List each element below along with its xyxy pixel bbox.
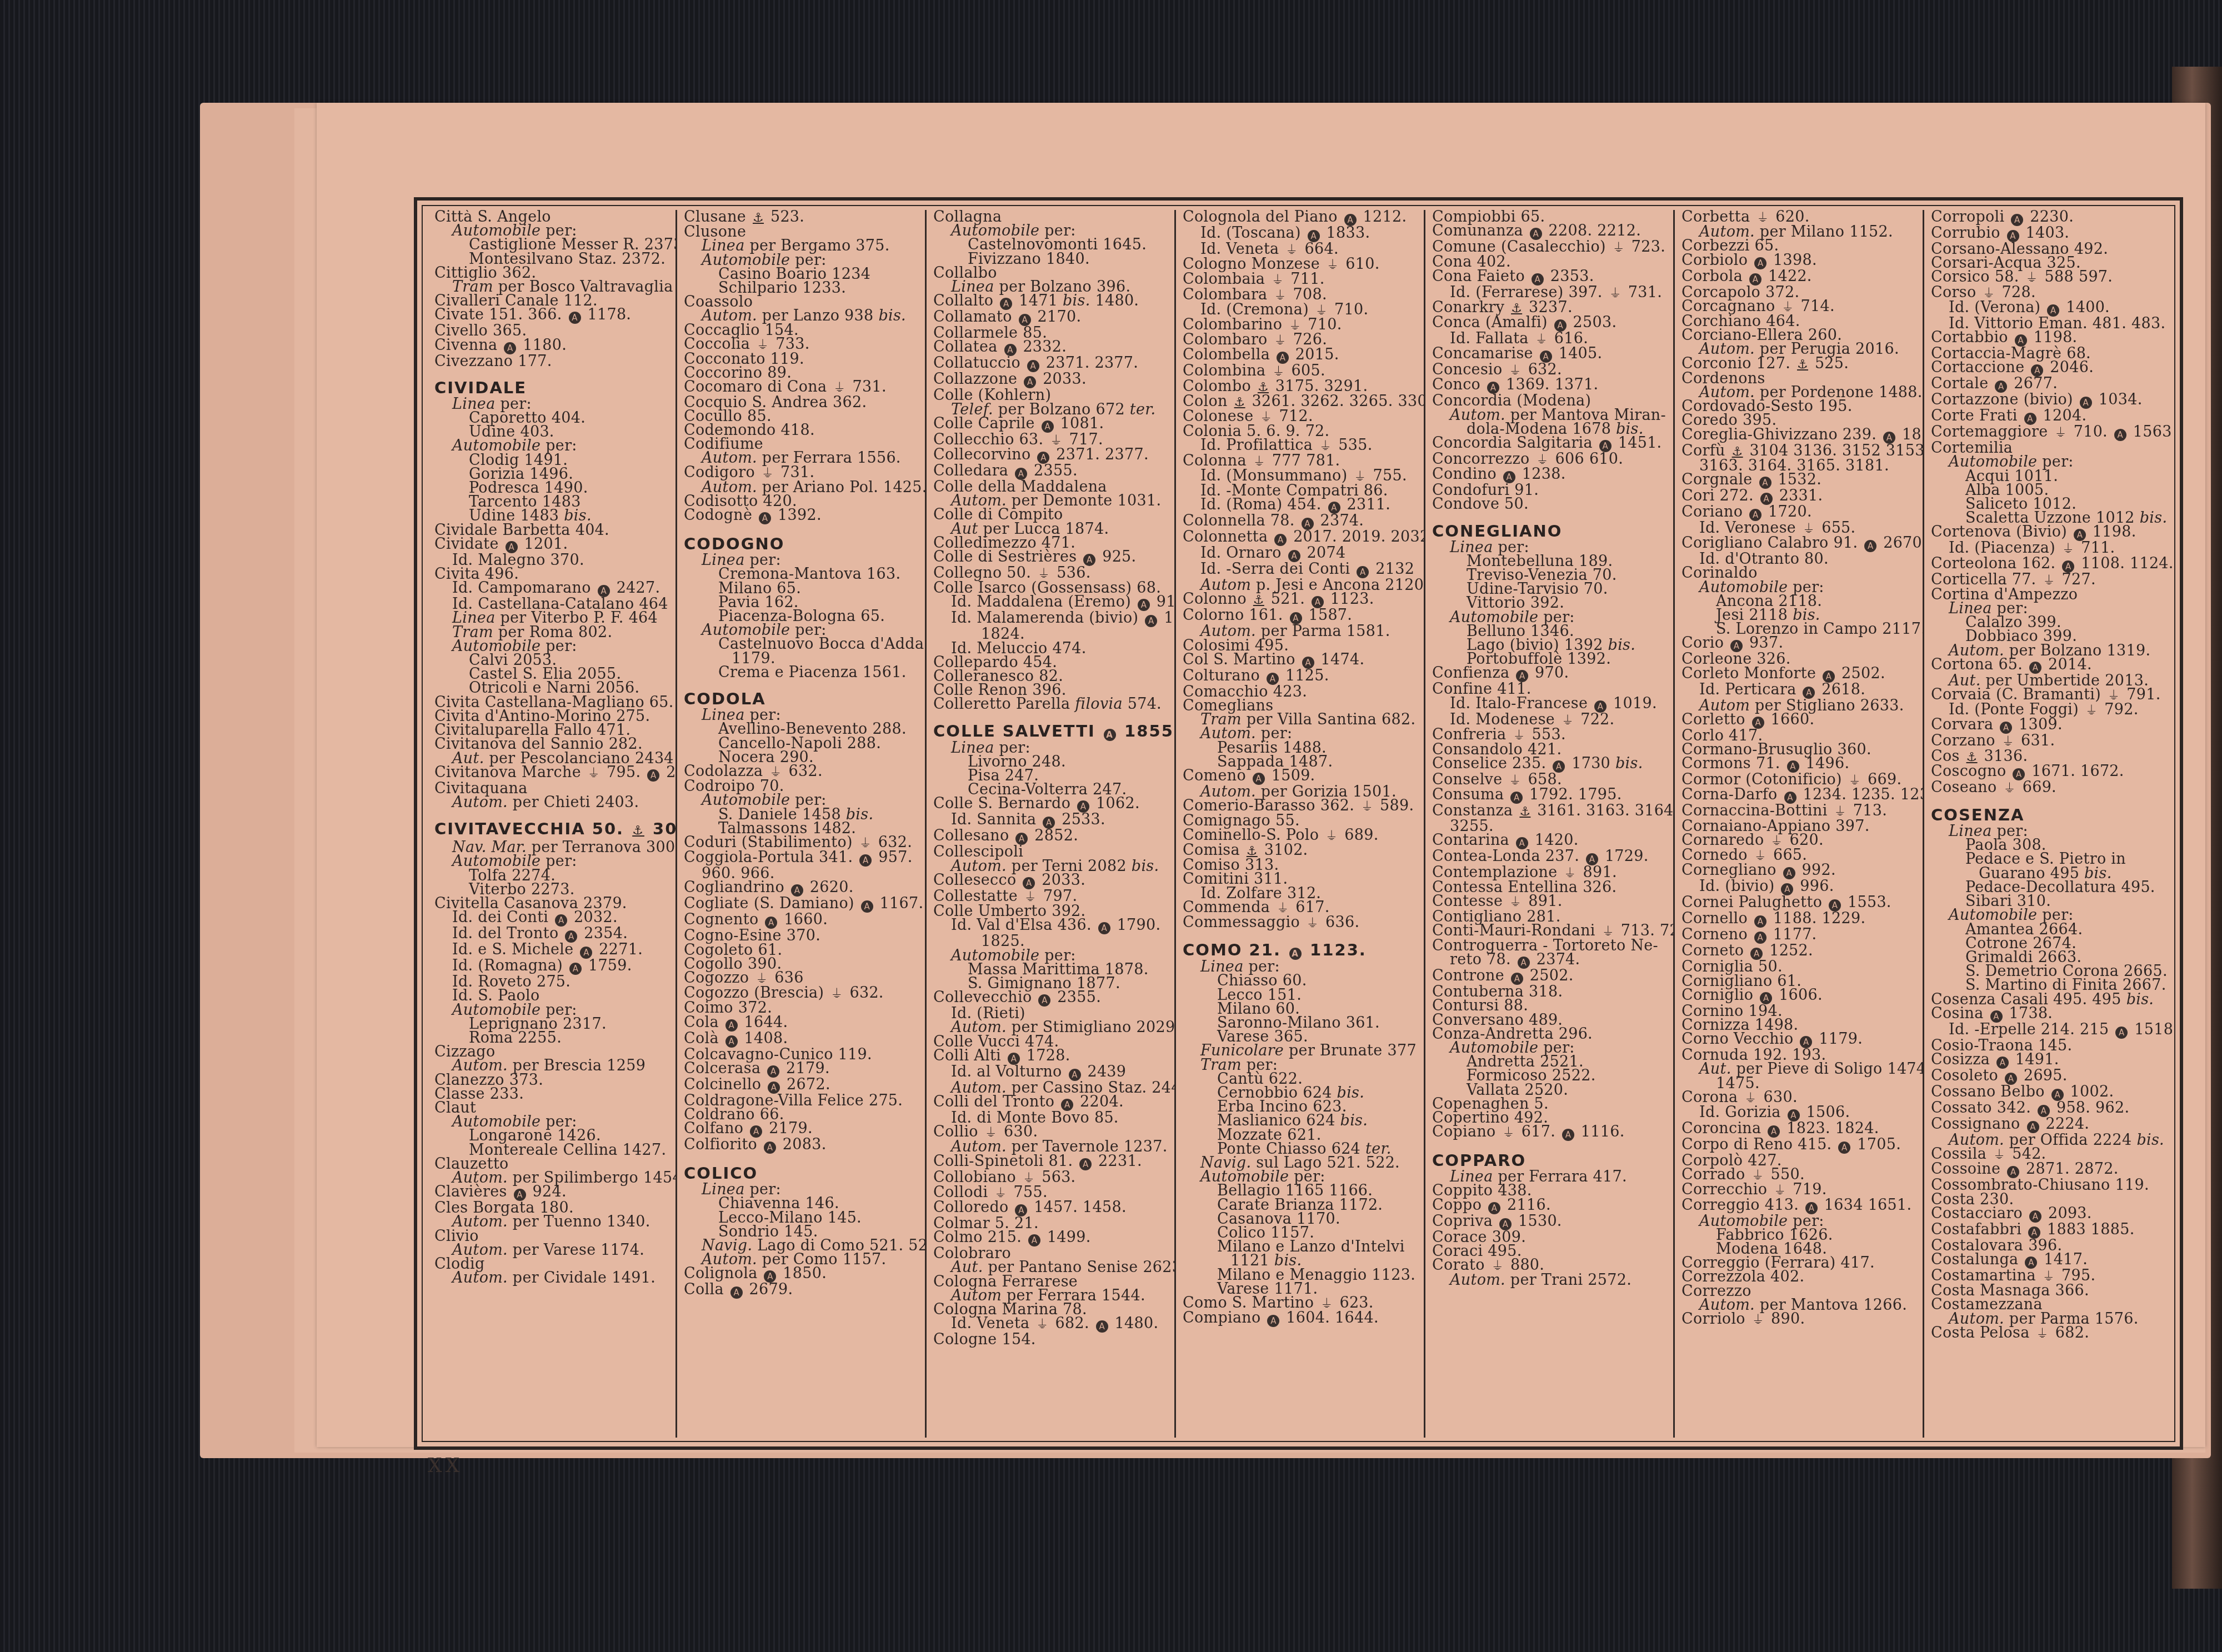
entry-text: Corgnale [1681,471,1758,488]
index-entry: Colcinello A 2672. [684,1078,917,1094]
entry-text: 1833. [1322,224,1370,242]
column-7: Corropoli A 2230.Corrubio A 1403.Corsano… [1924,210,2172,1438]
entry-text: 1876 [1897,426,1924,443]
entry-text: 2672. [782,1076,830,1093]
entry-text: 1309. [2014,716,2063,733]
entry-text: 2132 [1370,560,1414,578]
index-entry: Cominello-S. Polo ⏚ 689. [1183,828,1416,843]
entry-text: Colla [684,1281,729,1298]
index-entry: Collodi ⏚ 755. [933,1185,1167,1200]
index-entry: Corio A 937. [1681,636,1915,652]
entry-text: Clavières [434,1183,512,1200]
italic-suffix: bis. [2132,1132,2164,1149]
entry-text: Autom. per Tuenno 1340. [452,1213,650,1230]
entry-text: 795. [602,764,645,781]
sub-entry: Id. Italo-Francese A 1019. [1432,697,1665,713]
tram-icon: ⏚ [1272,273,1284,287]
index-entry: Comerio-Barasso 362. ⏚ 589. [1183,799,1416,814]
entry-text: 1823. [1159,609,1176,627]
entry-text: 992. [1797,862,1836,879]
sub-entry: Id. Gorizia A 1506. [1681,1105,1915,1122]
entry-text: 2374. [1315,512,1364,529]
index-entry: Comune (Casalecchio) ⏚ 723. [1432,240,1665,255]
automobile-icon: A [1864,540,1876,552]
entry-text: Colonno [1183,590,1252,608]
automobile-icon: A [764,1142,776,1154]
entry-text: 2083. [778,1136,827,1153]
index-entry: Colloredo A 1457. 1458. [933,1200,1167,1217]
entry-text: 1457. 1458. [1029,1199,1126,1216]
entry-text: Costalunga [1931,1251,2023,1268]
index-entry: Cona Faieto A 2353. [1432,269,1665,286]
entry-text: Cossignano [1931,1115,2025,1133]
entry-text: 2618. [1816,681,1865,698]
entry-text: Collazzone [933,371,1022,388]
index-entry: Col S. Martino A 1474. [1183,653,1416,669]
entry-text: 1252. [1764,942,1813,959]
index-entry: Colombella A 2015. [1183,348,1416,364]
entry-text: 2331. [1774,487,1823,504]
index-entry: Civitanova Marche ⏚ 795. A 2173 [434,765,668,782]
entry-text: 2093. [2043,1205,2092,1222]
entry-text: 1720. [1763,503,1812,520]
entry-text: Civate 151. 366. [434,306,567,323]
tram-icon: ⏚ [2054,426,2066,440]
entry-text: 2439 [1083,1063,1127,1080]
entry-text: Colonnetta [1183,528,1273,545]
automobile-icon: A [1098,922,1110,934]
entry-text: 1728. [1022,1047,1070,1064]
destination-line: Castelnuovo Bocca d'Adda [684,637,917,651]
sub-entry: Id. -Erpelle 214. 215 A 1518. [1931,1023,2164,1039]
index-entry: Copriva A 1530. [1432,1214,1665,1230]
entry-text: 2677. [2009,375,2058,392]
entry-text: 1850. [778,1265,827,1282]
entry-text: 1730 [1567,755,1610,772]
index-entry: Corneno A 1177. [1681,928,1915,944]
index-entry: Colonnetta A 2017. 2019. 2032. [1183,530,1416,546]
tram-icon: ⏚ [1274,334,1287,348]
index-entry: Costalunga A 1417. [1931,1253,2164,1269]
entry-text: 2502. [1836,665,1885,682]
sub-entry: Id. Maddalena (Eremo) A 913 [933,595,1167,611]
entry-text: 1123. [1303,940,1367,959]
index-entry: Corato ⏚ 880. [1432,1258,1665,1273]
index-entry: Costa Pelosa ⏚ 682. [1931,1326,2164,1341]
italic-suffix: bis. [1335,1112,1368,1129]
index-entry: Collevecchio A 2355. [933,990,1167,1007]
index-entry: Correcchio ⏚ 719. [1681,1183,1915,1198]
entry-text: Collalto [933,292,998,309]
italic-suffix: bis. [2135,509,2167,527]
index-entry: Corvara A 1309. [1931,718,2164,734]
service-type: Autom. [452,794,508,811]
entry-text: 1606. [1774,987,1823,1004]
entry-text: Corteolona 162. [1931,555,2060,572]
sub-entry: Id. Veronese ⏚ 655. [1681,521,1915,536]
entry-text: 2353. [1545,268,1594,285]
index-entry: Cologne 154. [933,1333,1167,1346]
tram-icon: ⏚ [1503,1126,1515,1140]
entry-text: Civenna [434,337,502,354]
entry-text: 682. [2050,1324,2089,1341]
sub-entry: Id. Modenese ⏚ 722. [1432,713,1665,728]
column-3: CollagnaAutomobile per:Castelnovomonti 1… [927,210,1176,1438]
entry-text: Cornello [1681,910,1753,927]
entry-text: 2014. [2043,656,2092,673]
entry-text: 1081. [1055,415,1104,432]
entry-text: CONEGLIANO [1432,522,1562,540]
entry-text: Id. (Verona) [1949,299,2045,316]
index-entry: Corte Frati A 1204. [1931,409,2164,425]
section-heading: COPPARO [1432,1151,1665,1170]
index-entry: Conselve ⏚ 658. [1432,773,1665,788]
tram-icon: ⏚ [1307,917,1319,930]
index-entry: Cossoine A 2871. 2872. [1931,1162,2164,1178]
entry-text: 636. [1320,914,1359,931]
entry-text: 1405. [1554,345,1603,362]
entry-text: 523. [765,210,804,226]
entry-text: 1398. [1768,252,1817,269]
index-entry: Cogozzo ⏚ 636 [684,971,917,986]
entry-text: Coroncina [1681,1120,1766,1137]
index-entry: Corona ⏚ 630. [1681,1090,1915,1105]
index-entry: Coroncina A 1823. 1824. [1681,1122,1915,1138]
index-entry: Colombara ⏚ 708. [1183,288,1416,303]
entry-text: 2427. [612,579,660,597]
sub-entry: Id. Ornaro A 2074 [1183,546,1416,562]
index-entry: Cortabbio A 1198. [1931,331,2164,347]
automobile-icon: A [861,900,873,913]
index-entry: Corteolona 162. A 1108. 1124. [1931,557,2164,573]
entry-text: 2033. [1038,371,1087,388]
index-entry: Collatea A 2332. [933,340,1167,356]
entry-text: Id. Sannita [951,811,1041,828]
entry-text: COPPARO [1432,1151,1526,1170]
index-entry: Confienza A 970. [1432,666,1665,682]
entry-text: Cortabbio [1931,329,2013,346]
sub-entry: Id. (Toscana) A 1833. [1183,226,1416,242]
entry-text: 2271. [594,941,643,958]
index-entry: Collesano A 2852. [933,829,1167,845]
index-entry: Codigoro ⏚ 731. [684,465,917,480]
entry-text: 1491. [2010,1051,2059,1068]
entry-text: 2620. [805,879,854,896]
entry-text: 1660. [779,911,828,928]
entry-text: 2046. [2045,359,2094,376]
service-line: Autom. per Chieti 2403. [434,795,668,809]
entry-text: Comeno [1183,767,1251,784]
entry-text: Cortenova (Bivio) [1931,523,2072,540]
tram-icon: ⏚ [1325,829,1338,843]
index-entry: Corigliano Calabro 91. A 2670. [1681,536,1915,552]
index-entry: Collestatte ⏚ 797. [933,889,1167,904]
entry-text: 722. [1575,711,1614,728]
entry-text: 3009. [646,819,677,838]
entry-text: 1792. 1795. [1524,786,1622,803]
tram-icon: ⏚ [1361,800,1373,814]
entry-text: 1108. 1124. [2076,555,2172,572]
italic-suffix: filovia [1075,695,1123,713]
index-entry: Colonese ⏚ 712. [1183,409,1416,424]
sub-entry: Id. Campomarano A 2427. [434,581,668,597]
index-entry: Collecchio 63. ⏚ 717. [933,433,1167,448]
sub-entry: Id. (Piacenza) ⏚ 711. [1931,541,2164,556]
service-line: Autom. per Trani 2572. [1432,1273,1665,1287]
index-entry: Colognola del Piano A 1212. [1183,210,1416,226]
entry-text: Cortona 65. [1931,656,2028,673]
index-entry: Corbetta ⏚ 620. [1681,210,1915,225]
entry-text: 632. [845,984,884,1002]
entry-text: Comunanza [1432,222,1528,239]
automobile-icon: A [859,854,872,867]
index-entry: Corsico 58. ⏚ 588 597. [1931,270,2164,285]
index-entry: Colledara A 2355. [933,464,1167,480]
index-entry: Collegno 50. ⏚ 536. [933,566,1167,581]
entry-text: Collamato [933,308,1017,326]
index-entry: Comunanza A 2208. 2212. [1432,224,1665,240]
tram-icon: ⏚ [830,987,843,1001]
entry-text: 2533. [1057,811,1105,828]
entry-text: Compiano [1183,1309,1265,1326]
entry-text: Contarina [1432,832,1514,849]
entry-text: Corleto Monforte [1681,665,1821,682]
index-entry: Colla A 2679. [684,1283,917,1299]
entry-text: 2173 [661,764,677,781]
entry-text: Colleretto Parella [933,695,1075,713]
index-entry: Cossano Belbo A 1002. [1931,1085,2164,1101]
entry-text: 1408. [739,1030,788,1047]
tram-icon: ⏚ [1036,1318,1048,1331]
entry-text: Consuma [1432,786,1509,803]
index-entry: Comisa ⚓ 3102. [1183,843,1416,858]
sub-entry: Id. (Roma) 454. A 2311. [1183,498,1416,514]
automobile-icon: A [1096,1320,1108,1333]
entry-text: Concamarise [1432,345,1538,362]
tram-icon: ⏚ [1613,241,1625,255]
entry-text: 913 [1152,593,1176,610]
index-entry: Cortazzone (bivio) A 1034. [1931,393,2164,409]
entry-text: 996. [1795,878,1834,895]
entry-text: 2015. [1290,346,1339,363]
entry-text: Id. -Serra dei Conti [1200,560,1355,578]
entry-text: 682. [1050,1315,1094,1332]
index-entry: Corso ⏚ 728. [1931,286,2164,301]
entry-text: 2033. [1037,872,1085,889]
index-entry: Colfiorito A 2083. [684,1138,917,1154]
entry-text: Cogliate (S. Damiano) [684,895,859,912]
entry-text: Codognè [684,507,757,524]
index-entry: Coseano ⏚ 669. [1931,780,2164,795]
entry-text: Collecorvino [933,446,1035,463]
entry-text: 1116. [1576,1123,1625,1140]
entry-text: CODOLA [684,689,766,708]
index-entry: Cormor (Cotonificio) ⏚ 669. [1681,773,1915,788]
entry-text: 589. [1375,797,1414,814]
entry-text: Cologne 154. [933,1331,1036,1348]
ship-icon: ⚓ [1797,358,1808,372]
index-entry: Cologno Monzese ⏚ 610. [1183,257,1416,272]
index-entry: Concordia Salgitaria A 1451. [1432,436,1665,452]
entry-text: Civezzano 177. [434,353,552,370]
entry-text: Coseano [1931,779,2001,796]
entry-text: Colognola del Piano [1183,210,1343,226]
entry-text: Autom. per Trani 2572. [1450,1271,1632,1289]
entry-text: Autom. per Cividale 1491. [452,1269,655,1286]
entry-text: Colombella [1183,346,1275,363]
service-line: Autom. per Cividale 1491. [434,1271,668,1285]
entry-text: 1553. [1843,894,1891,911]
entry-text: 1729. [1600,848,1649,865]
index-entry: Collamato A 2170. [933,310,1167,326]
entry-text: Cornegliano [1681,862,1781,879]
entry-text: Colà [684,1030,724,1047]
entry-text: Corbola [1681,268,1748,285]
entry-text: Autom. per Chieti 2403. [452,794,639,811]
index-entry: Colorno 161. A 1587. [1183,608,1416,624]
entry-text: 2503. [1568,314,1617,331]
entry-text: 1188. 1229. [1768,910,1865,927]
index-entry: Civezzano 177. [434,354,668,368]
index-entry: Corrubio A 1403. [1931,226,2164,242]
sub-entry: Id. (Ponte Foggi) ⏚ 792. [1931,703,2164,718]
entry-text: 1759. [583,957,632,974]
entry-text: Confienza [1432,664,1514,682]
entry-text: 1422. [1763,268,1812,285]
entry-text: Id. Malamerenda (bivio) [951,609,1143,627]
automobile-icon: A [725,1019,738,1032]
entry-text: Copriva [1432,1213,1498,1230]
tram-icon: ⏚ [588,767,600,780]
entry-text: 1178. [583,306,632,323]
index-entry: Collesecco A 2033. [933,873,1167,889]
entry-text: 1369. 1371. [1501,376,1598,393]
index-entry: Contesse ⏚ 891. [1432,894,1665,909]
index-entry: Conselice 235. A 1730 bis. [1432,757,1665,773]
column-1: Città S. AngeloAutomobile per:Castiglion… [428,210,677,1438]
entry-text: 1062. [1091,795,1140,812]
entry-text: CIVITAVECCHIA 50. [434,819,630,838]
tram-icon: ⏚ [2085,704,2098,718]
index-entry: Consuma A 1792. 1795. [1432,788,1665,804]
entry-text: 610. [1340,256,1379,273]
entry-text: 617. [1517,1123,1560,1140]
entry-text: 1167. [875,895,924,912]
entry-text: 2371. 2377. [1051,446,1148,463]
index-entry: Contea-Londa 237. A 1729. [1432,849,1665,865]
entry-text: Id. Veneta [951,1315,1034,1332]
entry-text: 689. [1339,827,1378,844]
index-entry: Contarina A 1420. [1432,833,1665,849]
entry-text: 2374. [1532,951,1580,968]
sub-entry: Id. (bivio) A 996. [1681,879,1915,895]
sub-entry: Id. (Ferrarese) 397. ⏚ 731. [1432,286,1665,301]
index-entry: Corticella 77. ⏚ 727. [1931,573,2164,588]
section-heading: COLLE SALVETTI A 1855 [933,722,1167,741]
entry-text: Colli del Tronto [933,1093,1059,1110]
entry-text: Conca (Amalfi) [1432,314,1553,331]
automobile-icon: A [730,1286,743,1299]
entry-text: Correggio 413. [1681,1197,1804,1214]
entry-text: Cognento [684,911,763,928]
entry-text: 1530. [1513,1213,1562,1230]
index-entry: Cornegliano A 992. [1681,863,1915,879]
entry-text: Id. al Volturno [951,1063,1067,1080]
index-entry: Colcerasa A 2179. [684,1062,917,1078]
index-entry: Coppo A 2116. [1432,1198,1665,1214]
sub-entry: Id. Fallata ⏚ 616. [1432,332,1665,347]
index-entry: Collio ⏚ 630. [933,1125,1167,1140]
entry-text: Id. Italo-Francese [1450,695,1593,712]
entry-text: COLICO [684,1164,758,1183]
index-entry: Cosina A 1738. [1931,1007,2164,1023]
service-type: Autom. [1450,1271,1505,1289]
index-entry: Corcagnano ⏚ 714. [1681,299,1915,314]
index-entry: Coriano A 1720. [1681,505,1915,521]
sub-entry: Id. Veneta ⏚ 682. A 1480. [933,1316,1167,1333]
entry-text: 1238. [1517,465,1566,483]
entry-text: Colle S. Bernardo [933,795,1075,812]
entry-text: Id. Val d'Elsa 436. [951,917,1097,934]
index-entry: Collalto A 1471 bis. 1480. [933,294,1167,310]
entry-text: 2231. [1093,1153,1142,1170]
index-entry: Colombarino ⏚ 710. [1183,318,1416,333]
entry-text: Colmo 215. [933,1229,1027,1246]
entry-text: 1790. [1112,917,1161,934]
italic-suffix: bis. [1127,858,1159,875]
entry-text: 2332. [1018,338,1067,356]
entry-text: 1179. [1814,1030,1863,1048]
entry-text: Id. Ornaro [1200,544,1287,562]
entry-text: 3161. 3163. 3164. [1532,802,1675,819]
entry-text: Id. Perticara [1699,681,1801,698]
index-entry: Cormons 71. A 1496. [1681,757,1915,773]
index-entry: Clusane ⚓ 523. [684,210,917,225]
entry-text: 924. [528,1183,567,1200]
automobile-icon: A [767,1065,779,1078]
index-entry: Collatuccio A 2371. 2377. [933,356,1167,372]
index-entry: Colombaro ⏚ 726. [1183,333,1416,348]
index-entry: Colli-Spinetoli 81. A 2231. [933,1154,1167,1170]
entry-text: Civitanova Marche [434,764,586,781]
entry-text: 1403. [2021,224,2070,242]
index-entry: Corconio 127. ⚓ 525. [1681,357,1915,372]
entry-text: 1634 1651. [1819,1197,1911,1214]
automobile-icon: A [1754,915,1766,928]
automobile-icon: A [1562,1129,1574,1141]
entry-text: Costa Pelosa [1931,1324,2035,1341]
index-entry: Coduri (Stabilimento) ⏚ 632. [684,835,917,850]
entry-text: 1002. [2065,1083,2114,1100]
entry-text: Cormons 71. [1681,755,1785,772]
entry-text: 2311. [1342,496,1391,513]
sub-entry: Id. Profilattica ⏚ 535. [1183,438,1416,453]
index-entry: Cossignano A 2224. [1931,1117,2164,1133]
entry-text: 1480. [1110,1315,1159,1332]
entry-text: Corniglio [1681,987,1758,1004]
index-entry: Comeno A 1509. [1183,769,1416,785]
index-entry: Colturano A 1125. [1183,669,1416,685]
index-entry: Colonnella 78. A 2374. [1183,514,1416,530]
automobile-icon: A [1759,477,1771,489]
entry-text: 2695. [2019,1067,2068,1084]
italic-suffix: bis. [1058,292,1090,309]
entry-text: Corio [1681,634,1729,652]
index-entry: Concamarise A 1405. [1432,347,1665,363]
index-entry: Collecorvino A 2371. 2377. [933,448,1167,464]
index-entry: Codognè A 1392. [684,508,917,524]
index-entry: Colli del Tronto A 2204. [933,1095,1167,1111]
